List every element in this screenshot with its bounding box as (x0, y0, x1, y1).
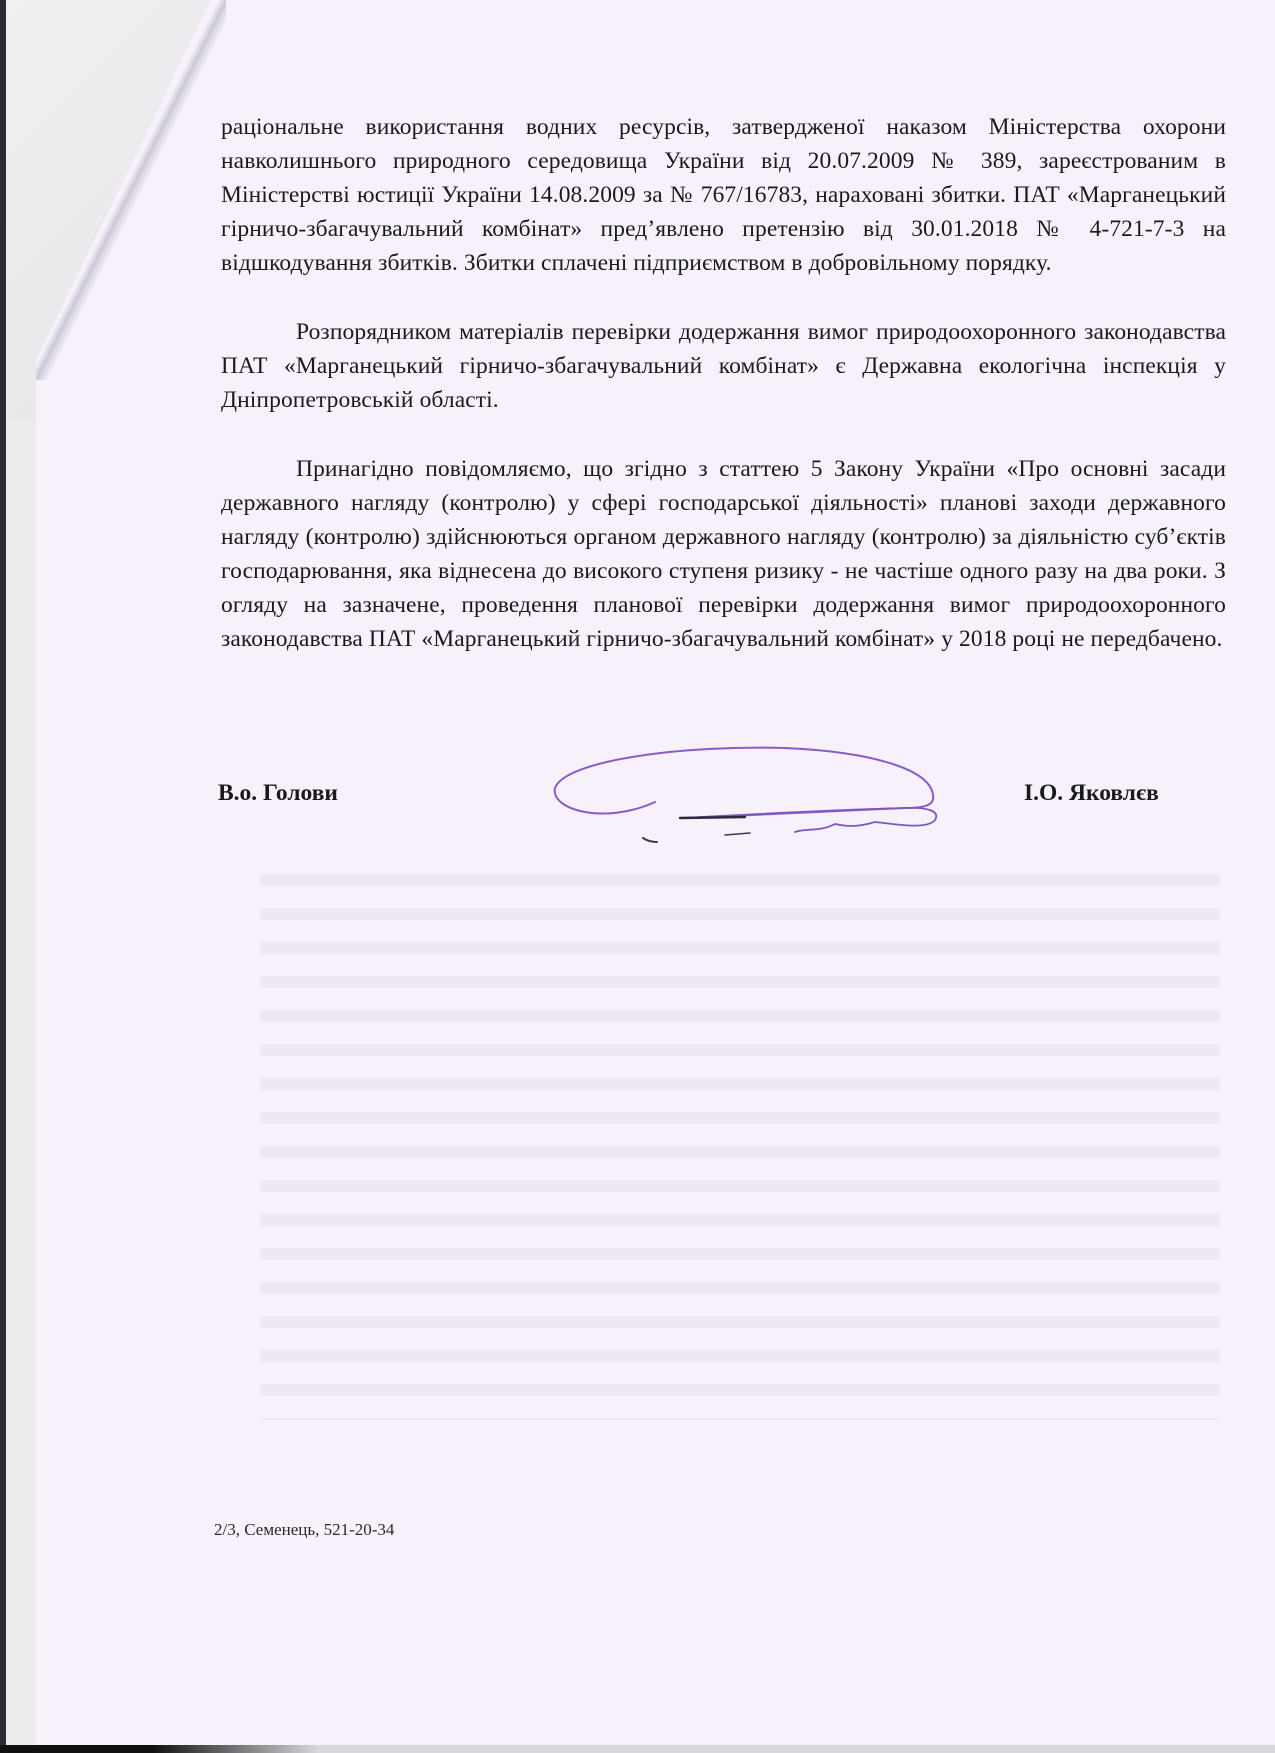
executor-footer-note: 2/3, Семенець, 521-20-34 (214, 1520, 394, 1540)
scanner-edge-bottom (0, 1745, 1275, 1753)
paragraph-text: раціональне використання водних ресурсів… (221, 110, 1226, 280)
signatory-name: І.О. Яковлєв (1024, 780, 1159, 807)
handwritten-signature-icon (535, 740, 1005, 860)
paragraph-text: Принагідно повідомляємо, що згідно з ста… (221, 452, 1226, 656)
paragraph-materials-holder: Розпорядником матеріалів перевірки додер… (221, 315, 1226, 417)
signatory-position: В.о. Голови (218, 780, 338, 807)
paragraph-continuation: раціональне використання водних ресурсів… (221, 110, 1226, 280)
paragraph-notice: Принагідно повідомляємо, що згідно з ста… (221, 452, 1226, 656)
paragraph-text: Розпорядником матеріалів перевірки додер… (221, 315, 1226, 417)
